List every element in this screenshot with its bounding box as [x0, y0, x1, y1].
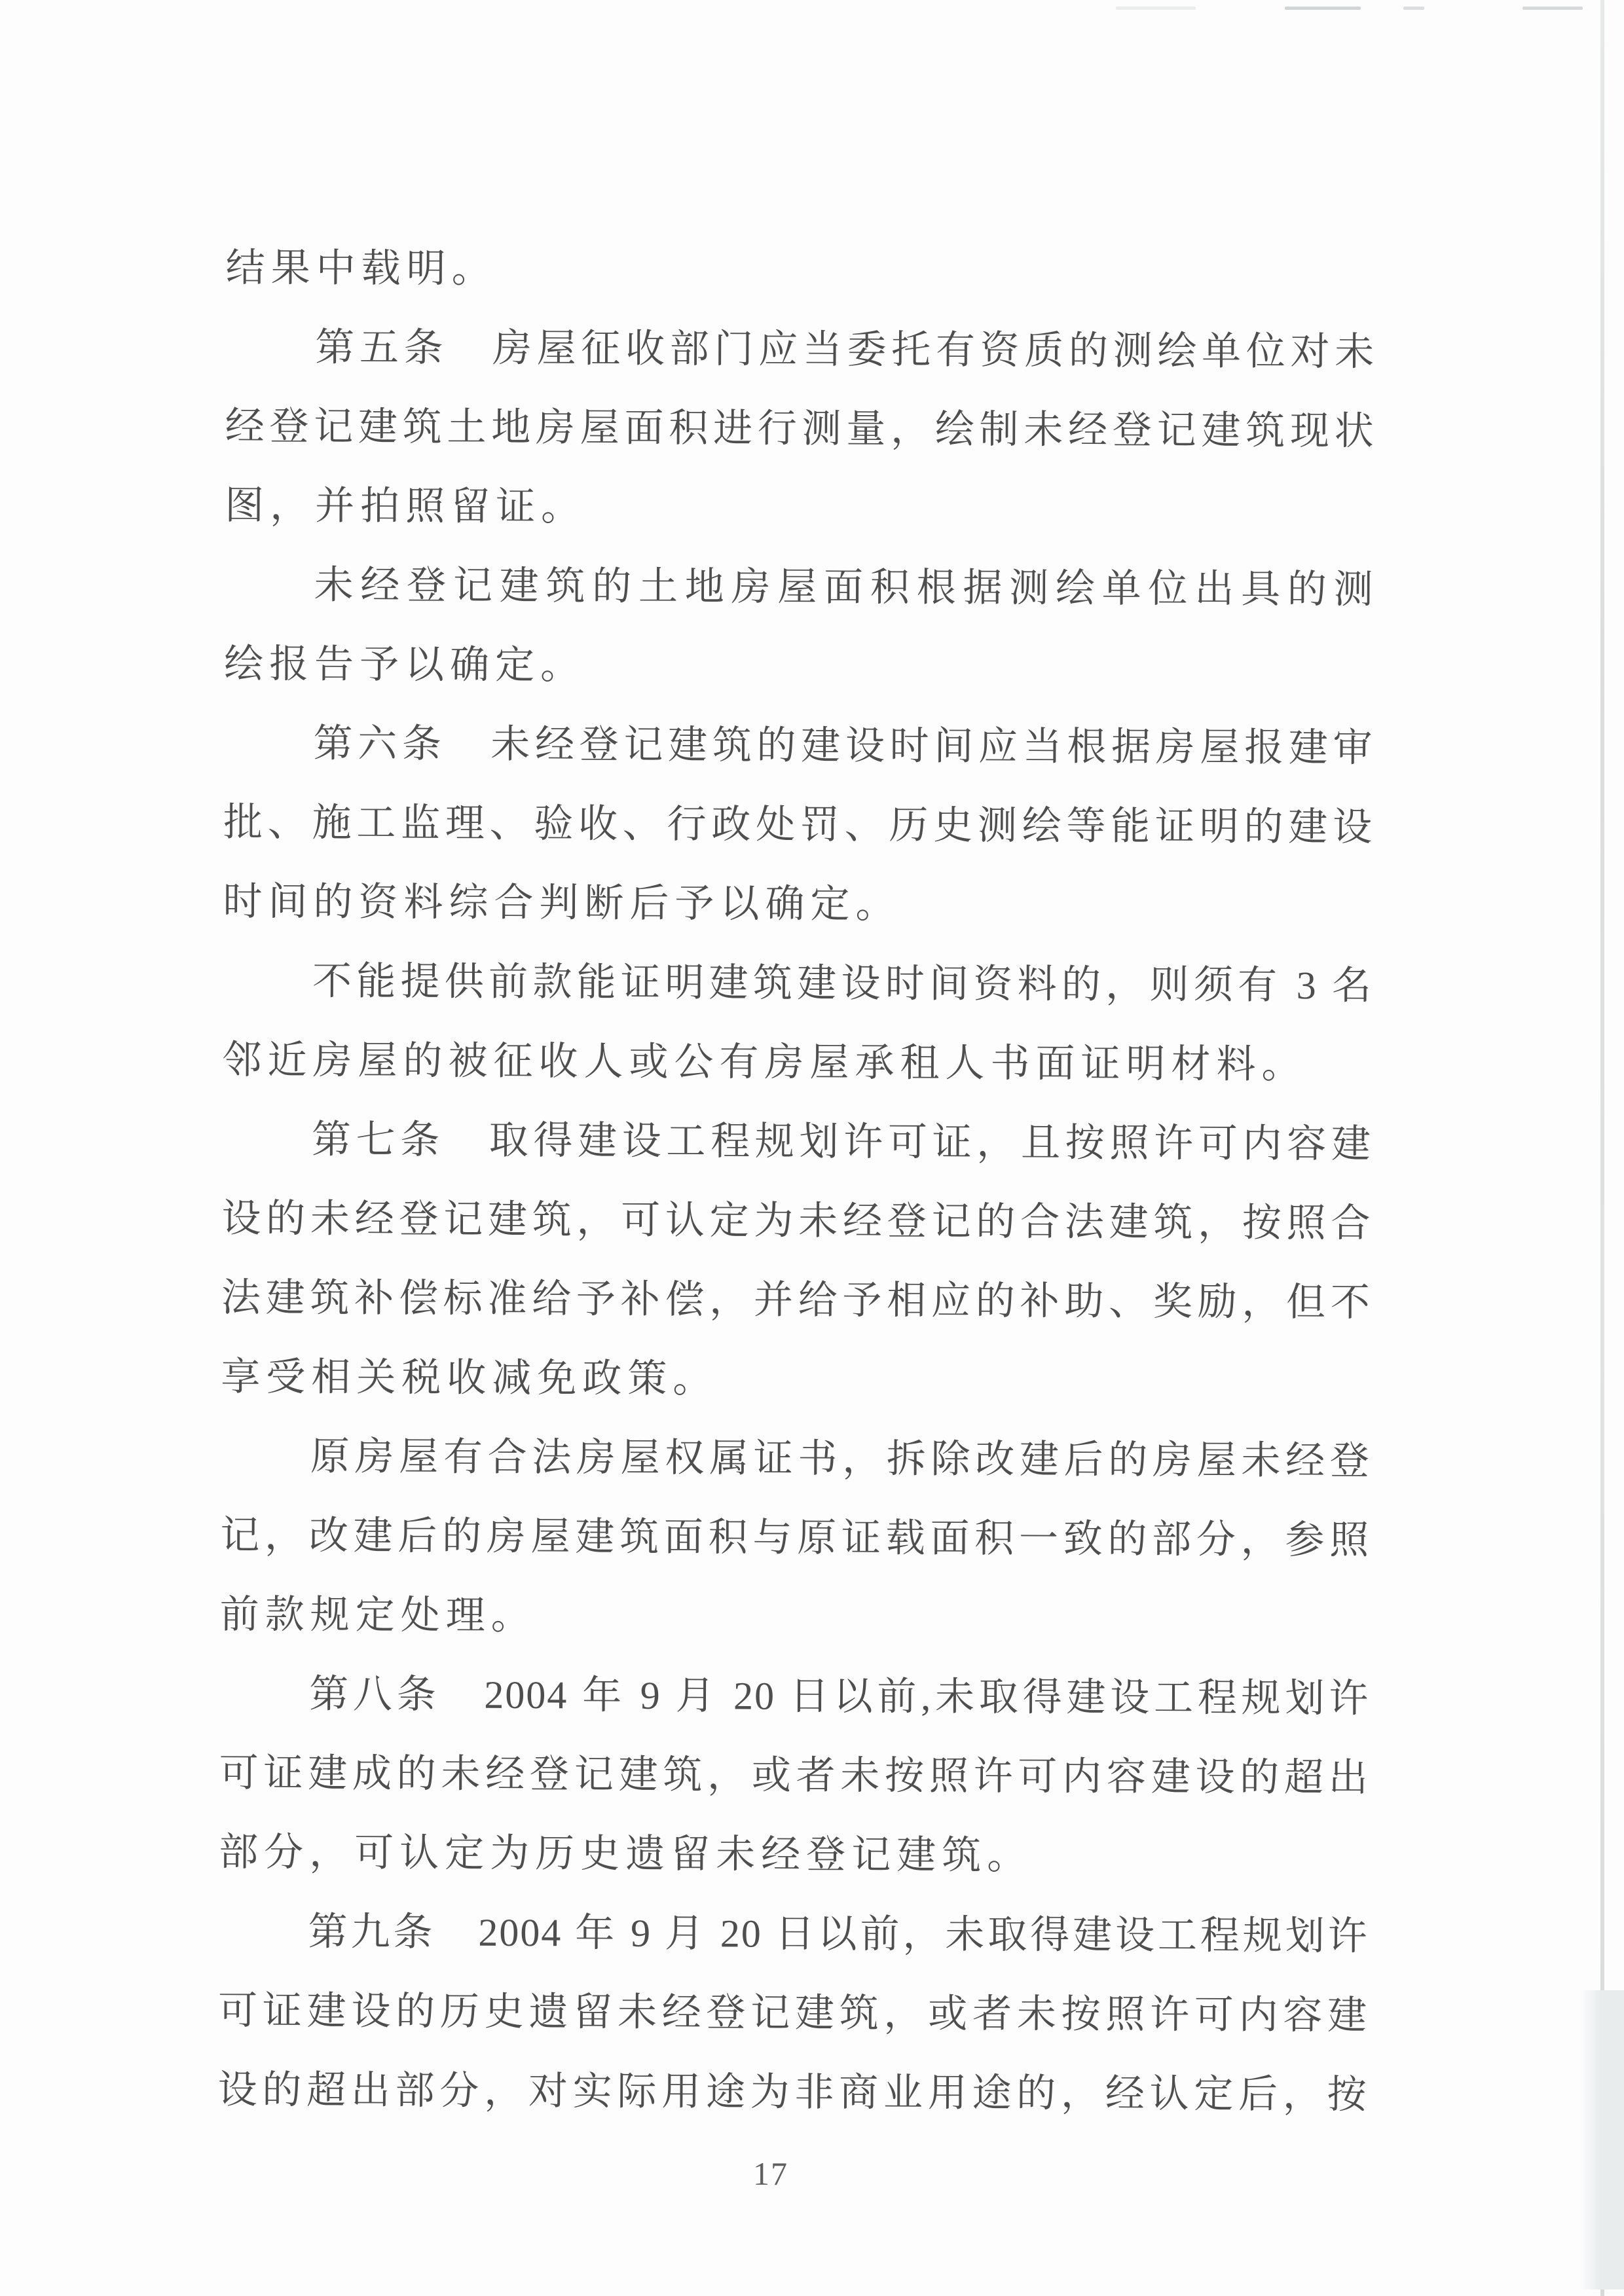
scan-top-dash — [1522, 7, 1583, 10]
page-number: 17 — [753, 2155, 812, 2193]
scanned-document-page: 结果中载明。第五条 房屋征收部门应当委托有资质的测绘单位对未经登记建筑土地房屋面… — [0, 0, 1624, 2296]
scan-top-dash — [1116, 7, 1196, 10]
text-line: 第七条 取得建设工程规划许可证，且按照许可内容建 — [222, 1100, 1373, 1184]
text-line: 部分，可认定为历史遗留未经登记建筑。 — [219, 1813, 1369, 1897]
text-line: 邻近房屋的被征收人或公有房屋承租人书面证明材料。 — [222, 1021, 1373, 1105]
scan-top-dash — [1285, 7, 1361, 10]
text-line: 结果中载明。 — [225, 228, 1376, 313]
document-text: 结果中载明。第五条 房屋征收部门应当委托有资质的测绘单位对未经登记建筑土地房屋面… — [217, 228, 1376, 2135]
text-line: 法建筑补偿标准给予补偿，并给予相应的补助、奖励，但不 — [221, 1258, 1372, 1343]
text-line: 不能提供前款能证明建筑建设时间资料的，则须有 3 名 — [223, 941, 1373, 1026]
text-line: 未经登记建筑的土地房屋面积根据测绘单位出具的测 — [224, 545, 1375, 630]
text-line: 原房屋有合法房屋权属证书，拆除改建后的房屋未经登 — [221, 1417, 1371, 1501]
text-line: 设的超出部分，对实际用途为非商业用途的，经认定后，按 — [217, 2050, 1368, 2135]
text-line: 设的未经登记建筑，可认定为未经登记的合法建筑，按照合 — [221, 1179, 1372, 1264]
text-line: 可证建成的未经登记建筑，或者未按照许可内容建设的超出 — [219, 1734, 1369, 1818]
text-line: 享受相关税收减免政策。 — [221, 1338, 1371, 1422]
text-line: 图，并拍照留证。 — [225, 466, 1375, 551]
text-line: 第五条 房屋征收部门应当委托有资质的测绘单位对未 — [225, 308, 1376, 392]
text-line: 记，改建后的房屋建筑面积与原证载面积一致的部分，参照 — [220, 1496, 1371, 1580]
scan-right-edge-line — [1600, 0, 1604, 2296]
text-line: 经登记建筑土地房屋面积进行测量，绘制未经登记建筑现状 — [225, 387, 1375, 471]
scan-bottom-right-band — [1579, 1990, 1624, 2289]
text-line: 时间的资料综合判断后予以确定。 — [223, 862, 1373, 947]
scan-top-dash — [1403, 7, 1424, 10]
text-line: 绘报告予以确定。 — [224, 625, 1375, 709]
text-line: 批、施工监理、验收、行政处罚、历史测绘等能证明的建设 — [223, 783, 1374, 867]
text-line: 第九条 2004 年 9 月 20 日以前，未取得建设工程规划许 — [218, 1892, 1369, 1977]
text-line: 第六条 未经登记建筑的建设时间应当根据房屋报建审 — [223, 704, 1374, 788]
text-line: 第八条 2004 年 9 月 20 日以前,未取得建设工程规划许 — [219, 1654, 1370, 1739]
text-line: 可证建设的历史遗留未经登记建筑，或者未按照许可内容建 — [218, 1971, 1369, 2056]
text-line: 前款规定处理。 — [219, 1575, 1370, 1660]
